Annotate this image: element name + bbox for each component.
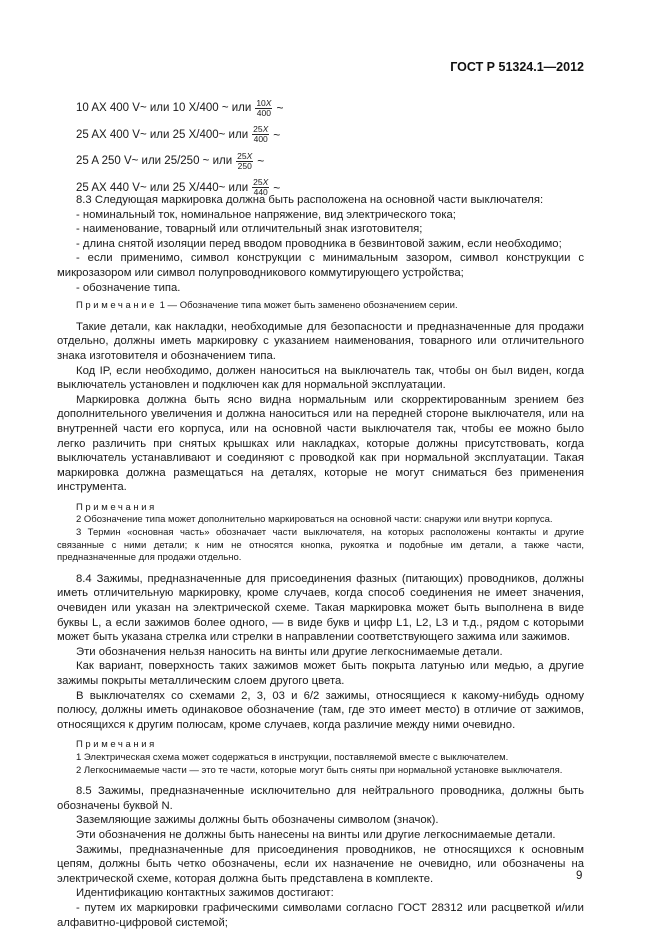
marking-examples: 10 AX 400 V~ или 10 X/400 ~ или 10X400 ~… [76, 95, 283, 201]
fraction-numerator: 25 [253, 177, 262, 187]
fraction-denominator: 250 [238, 162, 252, 171]
section-8-4-paragraph: 8.4 Зажимы, предназначенные для присоеди… [57, 572, 584, 645]
example-text: 25 A 250 V~ или 25/250 ~ или [76, 155, 232, 167]
paragraph: Эти обозначения не должны быть нанесены … [57, 828, 584, 843]
fraction-numerator: 10 [256, 98, 265, 108]
fraction-numerator: 25 [253, 124, 262, 134]
paragraph: Маркировка должна быть ясно видна нормал… [57, 393, 584, 495]
example-text: 25 AX 400 V~ или 25 X/400~ или [76, 129, 248, 141]
fraction: 25X250 [236, 152, 253, 171]
section-8-5-paragraph: 8.5 Зажимы, предназначенные исключительн… [57, 784, 584, 813]
note-item: 1 Электрическая схема может содержаться … [57, 752, 584, 765]
note-text: 1 — Обозначение типа может быть заменено… [157, 300, 458, 311]
notes-heading: Примечания [57, 739, 584, 752]
fraction-symbol: X [266, 98, 272, 108]
document-body: 8.3 Следующая маркировка должна быть рас… [57, 193, 584, 930]
paragraph: Идентификацию контактных зажимов достига… [57, 886, 584, 901]
section-8-3-intro: 8.3 Следующая маркировка должна быть рас… [57, 193, 584, 208]
paragraph: Эти обозначения нельзя наносить на винты… [57, 645, 584, 660]
notes-heading: Примечания [57, 502, 584, 515]
note-1: Примечание 1 — Обозначение типа может бы… [57, 300, 584, 313]
example-text: 25 AX 440 V~ или 25 X/440~ или [76, 182, 248, 194]
ac-symbol: ~ [276, 101, 283, 115]
list-item: - если применимо, символ конструкции с м… [57, 251, 584, 280]
paragraph: В выключателях со схемами 2, 3, 03 и 6/2… [57, 689, 584, 733]
ac-symbol: ~ [257, 154, 264, 168]
fraction-numerator: 25 [237, 151, 246, 161]
marking-example: 25 AX 400 V~ или 25 X/400~ или 25X400 ~ [76, 122, 283, 149]
note-item: 2 Обозначение типа может дополнительно м… [57, 514, 584, 527]
example-text: 10 AX 400 V~ или 10 X/400 ~ или [76, 102, 251, 114]
note-item: 2 Легкоснимаемые части — это те части, к… [57, 765, 584, 778]
ac-symbol: ~ [273, 128, 280, 142]
page-number: 9 [576, 870, 582, 882]
fraction-symbol: X [247, 151, 253, 161]
fraction-denominator: 400 [257, 109, 271, 118]
note-label: Примечание [76, 300, 157, 311]
paragraph: Такие детали, как накладки, необходимые … [57, 320, 584, 364]
fraction: 10X400 [255, 99, 272, 118]
note-item: 3 Термин «основная часть» обозначает час… [57, 527, 584, 565]
paragraph: Заземляющие зажимы должны быть обозначен… [57, 813, 584, 828]
list-item: - путем их маркировки графическими симво… [57, 901, 584, 930]
paragraph: Код IP, если необходимо, должен наносить… [57, 364, 584, 393]
document-header: ГОСТ Р 51324.1—2012 [450, 60, 584, 74]
fraction-denominator: 400 [254, 135, 268, 144]
fraction: 25X400 [252, 125, 269, 144]
paragraph: Как вариант, поверхность таких зажимов м… [57, 659, 584, 688]
list-item: - длина снятой изоляции перед вводом про… [57, 237, 584, 252]
list-item: - наименование, товарный или отличительн… [57, 222, 584, 237]
list-item: - номинальный ток, номинальное напряжени… [57, 208, 584, 223]
marking-example: 10 AX 400 V~ или 10 X/400 ~ или 10X400 ~ [76, 95, 283, 122]
paragraph: Зажимы, предназначенные для присоединени… [57, 843, 584, 887]
fraction-symbol: X [263, 177, 269, 187]
list-item: - обозначение типа. [57, 281, 584, 296]
fraction-symbol: X [263, 124, 269, 134]
marking-example: 25 A 250 V~ или 25/250 ~ или 25X250 ~ [76, 148, 283, 175]
